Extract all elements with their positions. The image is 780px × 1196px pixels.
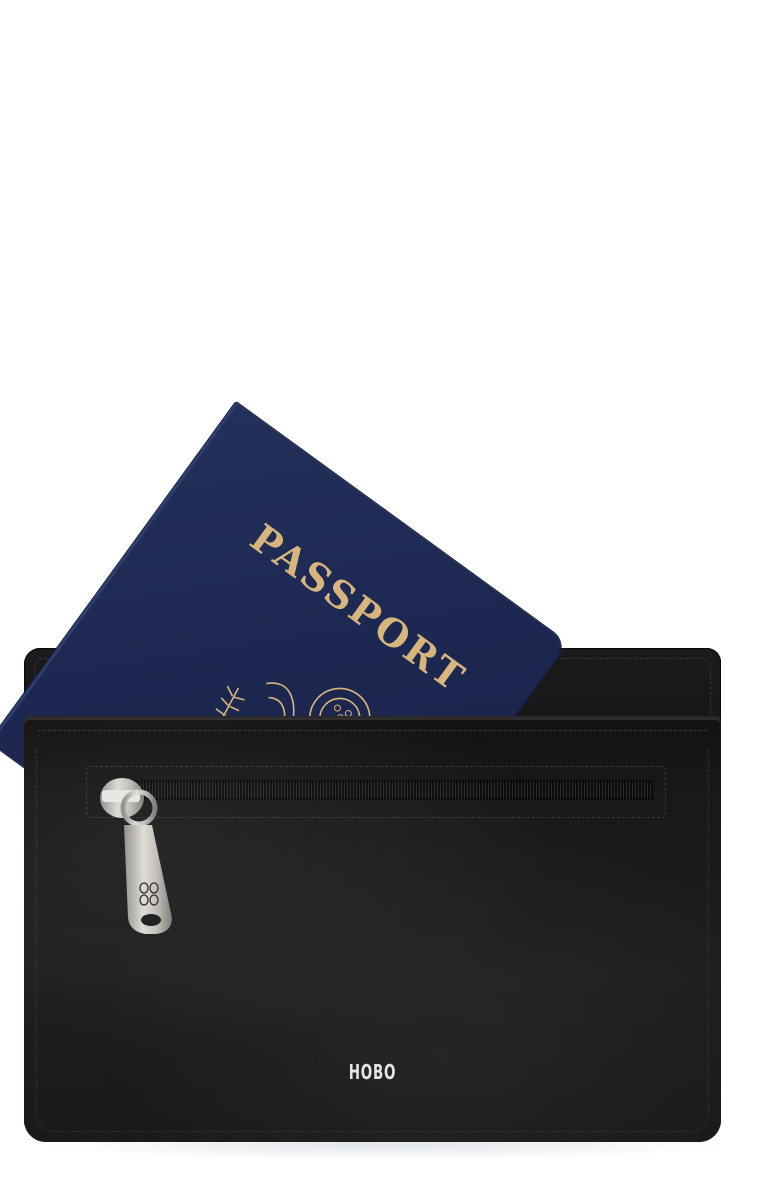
brand-logo: HOBO xyxy=(111,1060,634,1084)
zipper-pull-icon[interactable] xyxy=(94,770,184,940)
zipper-track xyxy=(114,780,654,800)
product-photo: PASSPORT UNUM xyxy=(0,0,780,1196)
wallet-front-pocket: HOBO xyxy=(24,718,721,1142)
front-top-stitching xyxy=(38,730,707,731)
